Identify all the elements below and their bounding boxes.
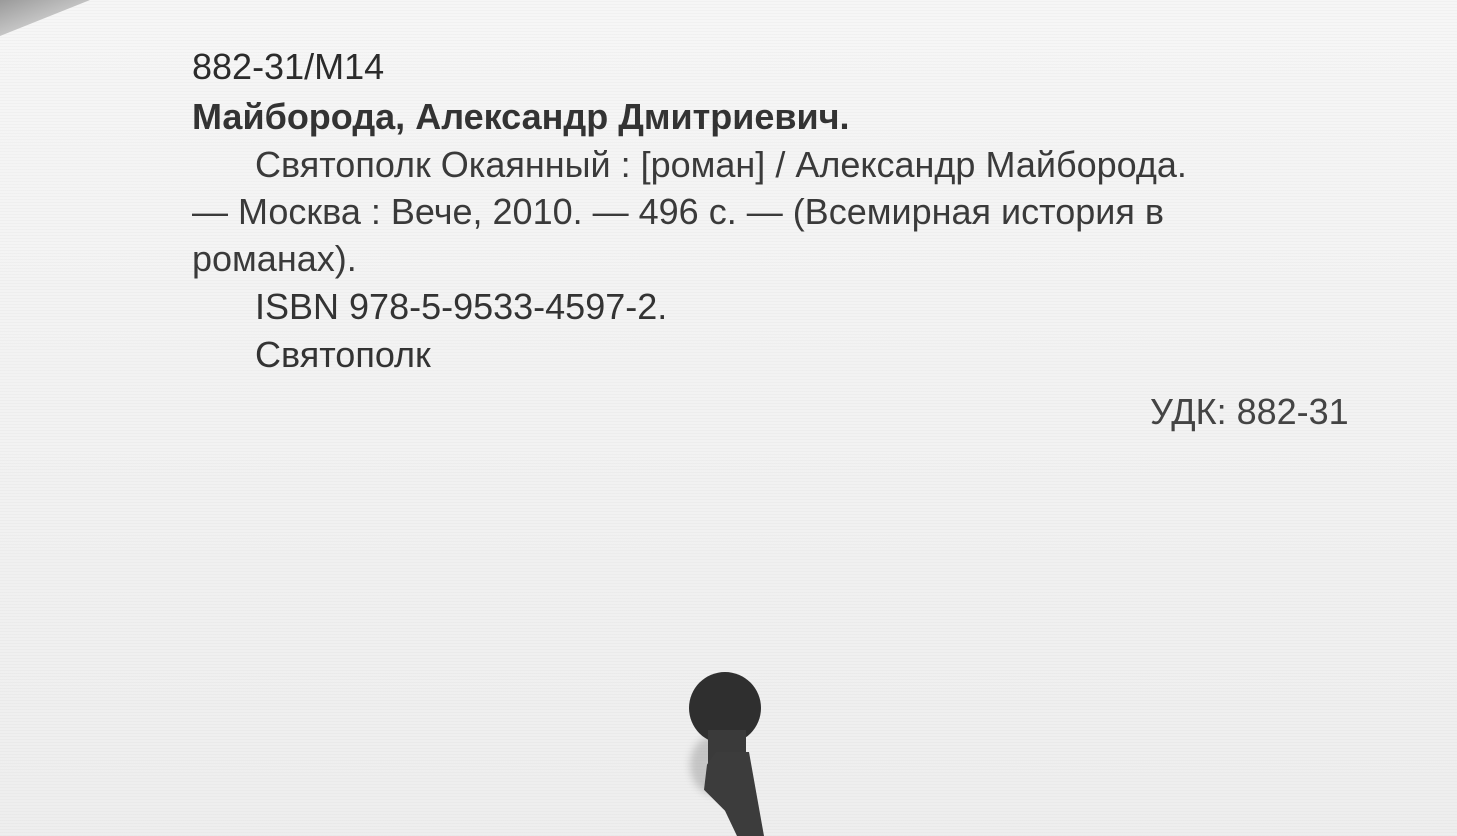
title-statement: Святополк Окаянный : [роман] / Александр… [255, 144, 1187, 186]
imprint-statement: — Москва : Вече, 2010. — 496 с. — (Всеми… [192, 191, 1164, 233]
call-number: 882-31/М14 [192, 46, 384, 88]
author-heading: Майборода, Александр Дмитриевич. [192, 96, 850, 138]
subject-heading: Святополк [255, 334, 431, 376]
folded-corner [0, 0, 90, 36]
catalog-card: 882-31/М14 Майборода, Александр Дмитриев… [0, 0, 1457, 836]
punch-hole-tear [704, 752, 764, 836]
series-statement: романах). [192, 238, 357, 280]
isbn: ISBN 978-5-9533-4597-2. [255, 286, 667, 328]
udk-classification: УДК: 882-31 [1150, 391, 1349, 433]
